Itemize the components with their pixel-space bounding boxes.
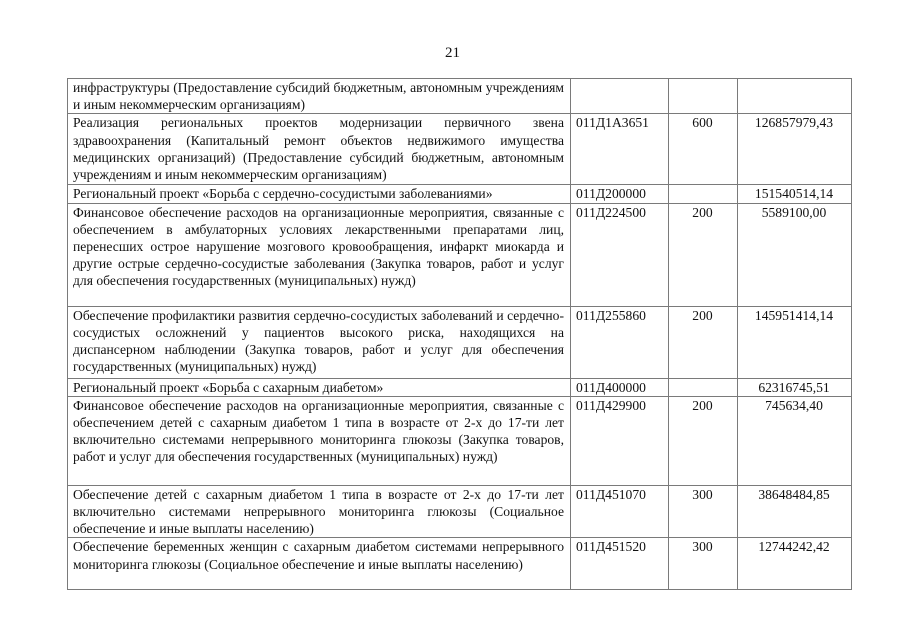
row-expense-type [669, 378, 738, 396]
table-row: Региональный проект «Борьба с сахарным д… [68, 378, 852, 396]
row-code: 011Д1А3651 [571, 114, 669, 185]
row-amount: 151540514,14 [738, 185, 852, 203]
row-code: 011Д224500 [571, 203, 669, 306]
row-expense-type [669, 79, 738, 114]
table-row: Обеспечение детей с сахарным диабетом 1 … [68, 485, 852, 538]
row-description: Обеспечение детей с сахарным диабетом 1 … [68, 485, 571, 538]
row-description: Обеспечение профилактики развития сердеч… [68, 306, 571, 378]
row-code: 011Д400000 [571, 378, 669, 396]
row-code: 011Д255860 [571, 306, 669, 378]
row-code [571, 79, 669, 114]
row-amount [738, 79, 852, 114]
table-row: Обеспечение профилактики развития сердеч… [68, 306, 852, 378]
table-row: Региональный проект «Борьба с сердечно-с… [68, 185, 852, 203]
table-row: инфраструктуры (Предоставление субсидий … [68, 79, 852, 114]
table-row: Обеспечение беременных женщин с сахарным… [68, 538, 852, 590]
table-row: Реализация региональных проектов модерни… [68, 114, 852, 185]
row-amount: 12744242,42 [738, 538, 852, 590]
row-description: Финансовое обеспечение расходов на орган… [68, 396, 571, 485]
row-description: Региональный проект «Борьба с сахарным д… [68, 378, 571, 396]
table-row: Финансовое обеспечение расходов на орган… [68, 203, 852, 306]
row-code: 011Д451070 [571, 485, 669, 538]
row-expense-type [669, 185, 738, 203]
row-amount: 145951414,14 [738, 306, 852, 378]
budget-table: инфраструктуры (Предоставление субсидий … [67, 78, 852, 590]
row-description: Обеспечение беременных женщин с сахарным… [68, 538, 571, 590]
row-description: инфраструктуры (Предоставление субсидий … [68, 79, 571, 114]
row-amount: 5589100,00 [738, 203, 852, 306]
row-code: 011Д429900 [571, 396, 669, 485]
table-row: Финансовое обеспечение расходов на орган… [68, 396, 852, 485]
row-code: 011Д451520 [571, 538, 669, 590]
row-expense-type: 200 [669, 306, 738, 378]
row-expense-type: 600 [669, 114, 738, 185]
row-description: Реализация региональных проектов модерни… [68, 114, 571, 185]
row-amount: 745634,40 [738, 396, 852, 485]
row-code: 011Д200000 [571, 185, 669, 203]
row-description: Финансовое обеспечение расходов на орган… [68, 203, 571, 306]
page-number: 21 [0, 44, 905, 62]
row-description: Региональный проект «Борьба с сердечно-с… [68, 185, 571, 203]
row-amount: 62316745,51 [738, 378, 852, 396]
row-expense-type: 300 [669, 538, 738, 590]
row-expense-type: 200 [669, 203, 738, 306]
row-expense-type: 300 [669, 485, 738, 538]
row-amount: 38648484,85 [738, 485, 852, 538]
row-expense-type: 200 [669, 396, 738, 485]
row-amount: 126857979,43 [738, 114, 852, 185]
